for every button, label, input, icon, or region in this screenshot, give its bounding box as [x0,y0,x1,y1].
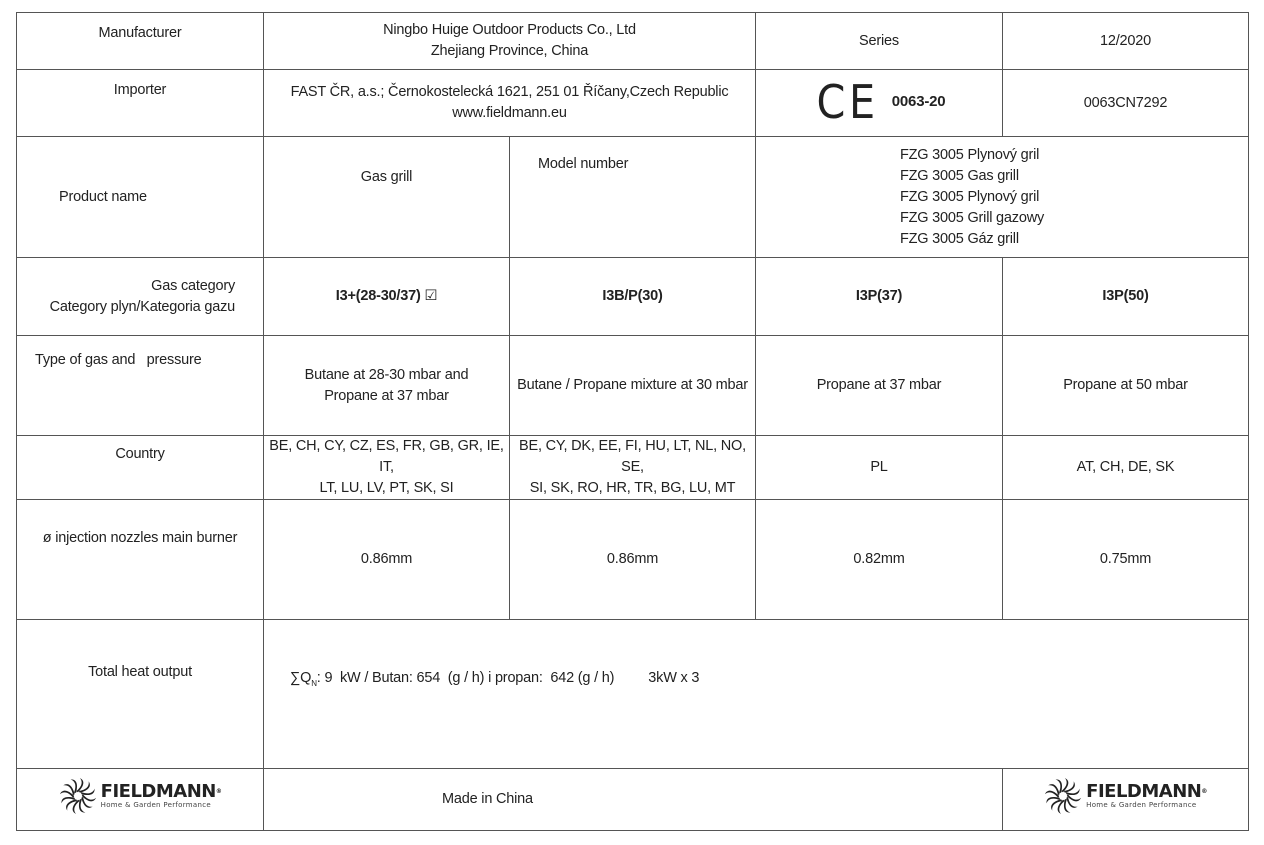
gas-category-3: I3P(37) [756,258,1003,336]
gas-type-2: Butane / Propane mixture at 30 mbar [510,336,756,436]
burner-output: 3kW x 3 [648,670,699,686]
rating-label-sheet: Manufacturer Ningbo Huige Outdoor Produc… [16,12,1248,824]
series-label: Series [756,13,1003,70]
row-footer: FIELDMANN® Home & Garden Performance Mad… [17,769,1249,831]
gas-category-4: I3P(50) [1003,258,1249,336]
model-item: FZG 3005 Gáz grill [900,229,1044,250]
nozzle-1: 0.86mm [264,500,510,620]
gas-type-1: Butane at 28-30 mbar andPropane at 37 mb… [264,336,510,436]
importer-value: FAST ČR, a.s.; Černokostelecká 1621, 251… [264,70,756,137]
row-product: Product name Gas grill Model number FZG … [17,137,1249,258]
row-importer: Importer FAST ČR, a.s.; Černokostelecká … [17,70,1249,137]
brand-logo-right: FIELDMANN® Home & Garden Performance [1003,769,1249,831]
row-gas-type: Type of gas and pressure Butane at 28-30… [17,336,1249,436]
country-3: PL [756,436,1003,500]
model-item: FZG 3005 Gas grill [900,166,1044,187]
series-value: 12/2020 [1003,13,1249,70]
model-item: FZG 3005 Plynový gril [900,145,1044,166]
ce-cell: CE 0063-20 [756,70,1003,137]
nozzles-label: ø injection nozzles main burner [17,500,264,620]
rating-label-table: Manufacturer Ningbo Huige Outdoor Produc… [16,12,1249,831]
manufacturer-label: Manufacturer [17,13,264,70]
product-name-value: Gas grill [264,137,510,258]
row-heat-output: Total heat output ∑QN: 9 kW / Butan: 654… [17,620,1249,769]
brand-logo-left: FIELDMANN® Home & Garden Performance [17,769,264,831]
country-4: AT, CH, DE, SK [1003,436,1249,500]
country-label: Country [17,436,264,500]
nozzle-2: 0.86mm [510,500,756,620]
model-item: FZG 3005 Plynový gril [900,187,1044,208]
fieldmann-swirl-icon [1044,777,1082,815]
brand-name: FIELDMANN® [1086,783,1207,801]
heat-output-value: ∑QN: 9 kW / Butan: 654 (g / h) i propan:… [264,620,1249,769]
heat-output-label: Total heat output [17,620,264,769]
importer-label: Importer [17,70,264,137]
brand-tagline: Home & Garden Performance [1086,801,1196,810]
model-number-label: Model number [510,137,756,258]
model-list: FZG 3005 Plynový gril FZG 3005 Gas grill… [756,137,1249,258]
brand-tagline: Home & Garden Performance [101,801,211,810]
country-1: BE, CH, CY, CZ, ES, FR, GB, GR, IE, IT,L… [264,436,510,500]
fieldmann-swirl-icon [59,777,97,815]
origin: Made in China [264,769,1003,831]
country-2: BE, CY, DK, EE, FI, HU, LT, NL, NO, SE,S… [510,436,756,500]
sum-symbol: ∑Q [290,670,311,686]
row-nozzles: ø injection nozzles main burner 0.86mm 0… [17,500,1249,620]
gas-category-label: Gas category Category plyn/Kategoria gaz… [17,258,264,336]
product-name-label: Product name [17,137,264,258]
row-country: Country BE, CH, CY, CZ, ES, FR, GB, GR, … [17,436,1249,500]
nozzle-4: 0.75mm [1003,500,1249,620]
gas-category-2: I3B/P(30) [510,258,756,336]
certificate-number: 0063CN7292 [1003,70,1249,137]
row-gas-category: Gas category Category plyn/Kategoria gaz… [17,258,1249,336]
manufacturer-value: Ningbo Huige Outdoor Products Co., Ltd Z… [264,13,756,70]
nozzle-3: 0.82mm [756,500,1003,620]
gas-type-3: Propane at 37 mbar [756,336,1003,436]
gas-category-1: I3+(28-30/37) ☑ [264,258,510,336]
ce-mark-icon: CE [816,82,878,122]
gas-type-4: Propane at 50 mbar [1003,336,1249,436]
notified-body-number: 0063-20 [892,91,946,112]
gas-type-label: Type of gas and pressure [17,336,264,436]
brand-name: FIELDMANN® [101,783,222,801]
model-item: FZG 3005 Grill gazowy [900,208,1044,229]
row-manufacturer: Manufacturer Ningbo Huige Outdoor Produc… [17,13,1249,70]
